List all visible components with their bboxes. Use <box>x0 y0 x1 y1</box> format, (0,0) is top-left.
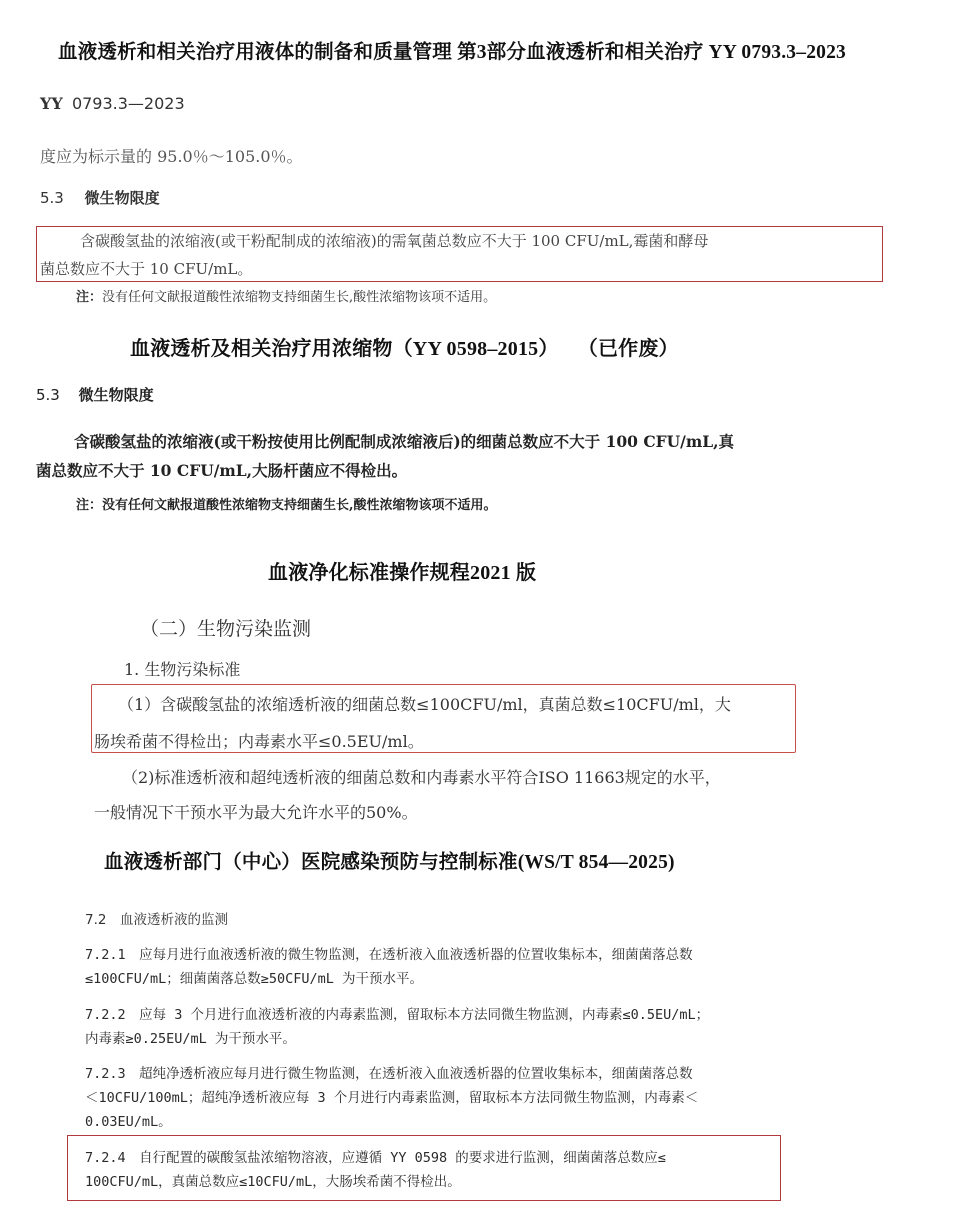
clause-7-2-2-line-2: 内毒素≥0.25EU/mL 为干预水平。 <box>85 1027 296 1047</box>
note: 注：没有任何文献报道酸性浓缩物支持细菌生长,酸性浓缩物该项不适用。 <box>76 286 496 305</box>
clause-7-2-2-line-1: 7.2.2 应每 3 个月进行血液透析液的内毒素监测，留取标本方法同微生物监测，… <box>85 1003 709 1023</box>
clause-heading-5-3-old: 5.3 微生物限度 <box>36 384 154 405</box>
note-label: 注： <box>76 290 102 305</box>
item-heading: 1. 生物污染标准 <box>124 657 240 680</box>
note-text: 没有任何文献报道酸性浓缩物支持细菌生长,酸性浓缩物该项不适用。 <box>102 290 496 305</box>
clause-title: 微生物限度 <box>85 189 160 207</box>
obsolete-badge: （已作废） <box>578 338 679 360</box>
clause-heading-5-3: 5.3 微生物限度 <box>40 187 160 208</box>
clause-7-2-1-line-2: ≤100CFU/mL；细菌菌落总数≥50CFU/mL 为干预水平。 <box>85 967 423 987</box>
item2-line-1: （2)标准透析液和超纯透析液的细菌总数和内毒素水平符合ISO 11663规定的水… <box>122 765 721 788</box>
highlight-line-2: 肠埃希菌不得检出；内毒素水平≤0.5EU/ml。 <box>94 729 424 752</box>
clause-title: 微生物限度 <box>79 386 154 404</box>
section-title-yy0598: 血液透析及相关治疗用浓缩物（YY 0598–2015） （已作废） <box>130 332 679 361</box>
header-code-number: 0793.3—2023 <box>72 94 185 113</box>
intro-line: 度应为标示量的 95.0％～105.0％。 <box>40 144 303 167</box>
clause-7-2-3-line-3: 0.03EU/mL。 <box>85 1110 172 1130</box>
header-code: YY 0793.3—2023 <box>40 94 185 113</box>
body-line-2: 菌总数应不大于 10 CFU/mL,大肠杆菌应不得检出。 <box>36 459 407 481</box>
clause-number: 5.3 <box>36 386 60 404</box>
highlight-line-1: 含碳酸氢盐的浓缩液(或干粉配制成的浓缩液)的需氧菌总数应不大于 100 CFU/… <box>80 230 708 251</box>
item2-line-2: 一般情况下干预水平为最大允许水平的50%。 <box>94 800 418 823</box>
section-title-yy0793: 血液透析和相关治疗用液体的制备和质量管理 第3部分血液透析和相关治疗 YY 07… <box>58 36 846 64</box>
clause-7-2-4-line-1: 7.2.4 自行配置的碳酸氢盐浓缩物溶液，应遵循 YY 0598 的要求进行监测… <box>85 1146 666 1166</box>
highlight-line-2: 菌总数应不大于 10 CFU/mL。 <box>40 258 252 279</box>
highlight-box-wst854 <box>67 1135 781 1201</box>
clause-7-2-3-line-1: 7.2.3 超纯净透析液应每月进行微生物监测，在透析液入血液透析器的位置收集标本… <box>85 1062 693 1082</box>
clause-7-2-1-line-1: 7.2.1 应每月进行血液透析液的微生物监测，在透析液入血液透析器的位置收集标本… <box>85 943 693 963</box>
section-title-text: 血液透析及相关治疗用浓缩物（YY 0598–2015） <box>130 338 559 360</box>
clause-heading-7-2: 7.2 血液透析液的监测 <box>85 908 228 928</box>
section-title-sop2021: 血液净化标准操作规程2021 版 <box>268 556 536 585</box>
clause-7-2-3-line-2: ＜10CFU/100mL；超纯净透析液应每 3 个月进行内毒素监测，留取标本方法… <box>85 1086 698 1106</box>
note-text: 没有任何文献报道酸性浓缩物支持细菌生长,酸性浓缩物该项不适用。 <box>102 498 497 513</box>
header-code-prefix: YY <box>40 94 63 113</box>
section-title-wst854: 血液透析部门（中心）医院感染预防与控制标准(WS/T 854—2025) <box>104 846 675 874</box>
subheading-bio-contamination: （二）生物污染监测 <box>140 614 311 641</box>
highlight-line-1: （1）含碳酸氢盐的浓缩透析液的细菌总数≤100CFU/ml，真菌总数≤10CFU… <box>118 692 731 715</box>
note: 注：没有任何文献报道酸性浓缩物支持细菌生长,酸性浓缩物该项不适用。 <box>76 494 497 513</box>
clause-number: 5.3 <box>40 189 64 207</box>
note-label: 注： <box>76 498 102 513</box>
clause-7-2-4-line-2: 100CFU/mL，真菌总数应≤10CFU/mL，大肠埃希菌不得检出。 <box>85 1170 461 1190</box>
body-line-1: 含碳酸氢盐的浓缩液(或干粉按使用比例配制成浓缩液后)的细菌总数应不大于 100 … <box>74 430 734 452</box>
